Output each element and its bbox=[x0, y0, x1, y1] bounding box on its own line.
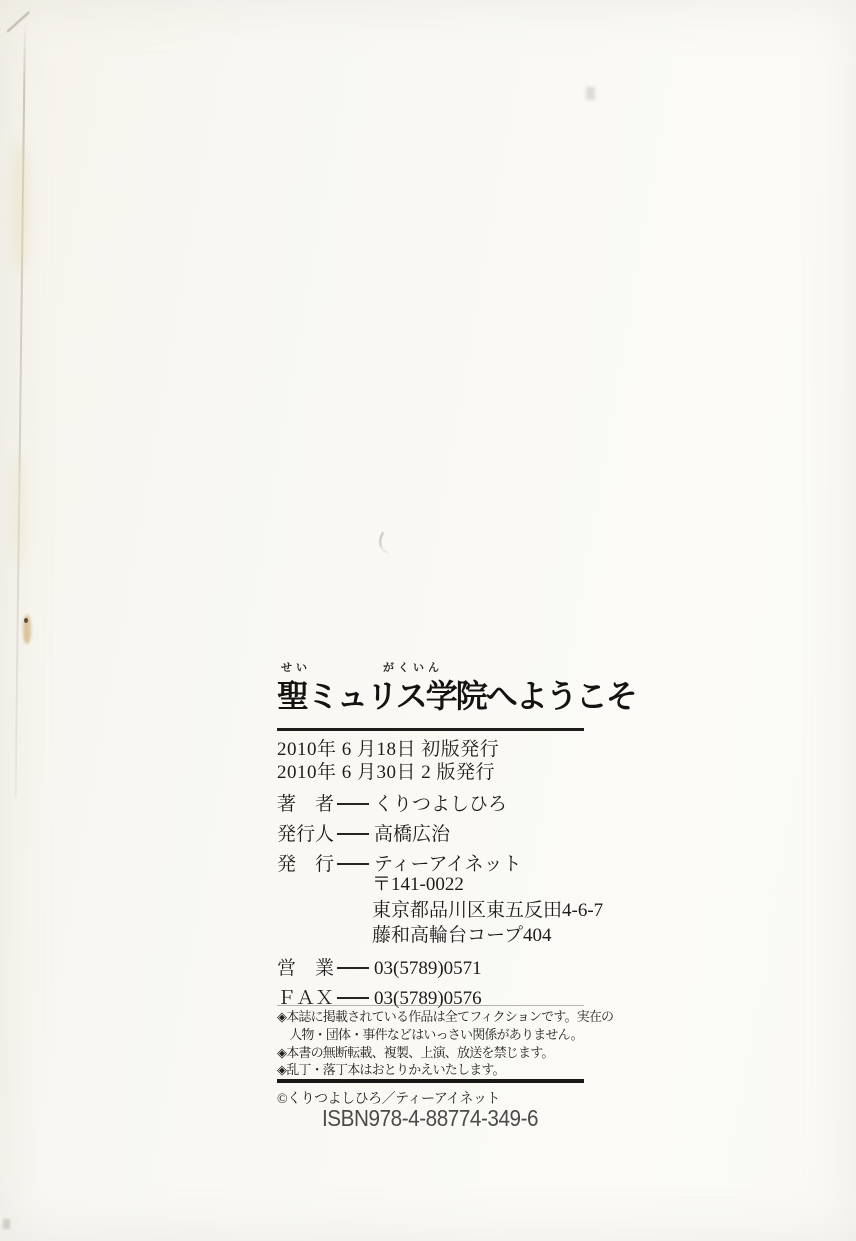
notice-fiction-disclaimer: ◈本誌に掲載されている作品は全てフィクションです。実在の bbox=[277, 1008, 613, 1026]
scan-squiggle-mark bbox=[375, 532, 395, 553]
dash-rule bbox=[337, 967, 369, 969]
contact-value-sales-phone: 03(5789)0571 bbox=[374, 958, 482, 979]
isbn-number: ISBN978-4-88774-349-6 bbox=[277, 1105, 584, 1132]
bottom-divider-rule bbox=[277, 1079, 584, 1083]
address-line: 東京都品川区東五反田4-6-7 bbox=[372, 898, 603, 924]
notice-defective-copies: ◈乱丁・落丁本はおとりかえいたします。 bbox=[277, 1061, 613, 1079]
notice-fiction-disclaimer-2: 人物・団体・事件などはいっさい関係がありません。 bbox=[277, 1026, 613, 1044]
edge-smudge-middle bbox=[11, 455, 26, 565]
isbn-text: ISBN978-4-88774-349-6 bbox=[322, 1105, 538, 1132]
orange-stain bbox=[23, 615, 31, 644]
legal-notices: ◈本誌に掲載されている作品は全てフィクションです。実在の 人物・団体・事件などは… bbox=[277, 1008, 613, 1079]
contact-row-sales: 営 業03(5789)0571 bbox=[277, 953, 482, 980]
credit-label-author: 著 者 bbox=[277, 789, 334, 816]
dash-rule bbox=[337, 997, 369, 999]
book-title: 聖ミュリス学院へようこそ bbox=[277, 671, 636, 717]
edge-smudge-top bbox=[13, 140, 28, 275]
dash-rule bbox=[337, 833, 369, 835]
dash-rule bbox=[337, 803, 369, 805]
corner-crease-mark bbox=[6, 11, 30, 33]
dash-rule bbox=[337, 863, 369, 865]
title-divider-rule bbox=[277, 728, 584, 731]
postal-code: 〒141-0022 bbox=[372, 872, 603, 898]
scanned-colophon-page: せい がくいん 聖ミュリス学院へようこそ 2010年 6 月18日 初版発行 2… bbox=[0, 0, 856, 1241]
scan-speck-right bbox=[586, 87, 595, 100]
credit-label-publisher-person: 発行人 bbox=[277, 819, 334, 846]
credit-row-author: 著 者くりつよしひろ bbox=[277, 789, 507, 816]
scan-speck-bottom bbox=[3, 1219, 10, 1229]
edition-line-second: 2010年 6 月30日 2 版発行 bbox=[277, 761, 499, 784]
credit-value-publisher-person: 高橋広治 bbox=[374, 824, 450, 845]
page-edge-crease-line bbox=[15, 22, 26, 797]
edition-line-first: 2010年 6 月18日 初版発行 bbox=[277, 738, 499, 761]
address-line2: 藤和高輪台コープ404 bbox=[372, 923, 603, 949]
notices-top-rule bbox=[277, 1005, 584, 1006]
publisher-address: 〒141-0022 東京都品川区東五反田4-6-7 藤和高輪台コープ404 bbox=[372, 872, 603, 949]
stain-dark-dot bbox=[24, 618, 28, 623]
edition-dates: 2010年 6 月18日 初版発行 2010年 6 月30日 2 版発行 bbox=[277, 738, 499, 784]
credit-value-author: くりつよしひろ bbox=[374, 794, 507, 815]
notice-no-reproduction: ◈本書の無断転載、複製、上演、放送を禁じます。 bbox=[277, 1044, 613, 1062]
credit-label-publisher: 発 行 bbox=[277, 849, 334, 876]
contact-label-sales: 営 業 bbox=[277, 953, 334, 980]
credit-row-publisher-person: 発行人高橋広治 bbox=[277, 819, 450, 846]
